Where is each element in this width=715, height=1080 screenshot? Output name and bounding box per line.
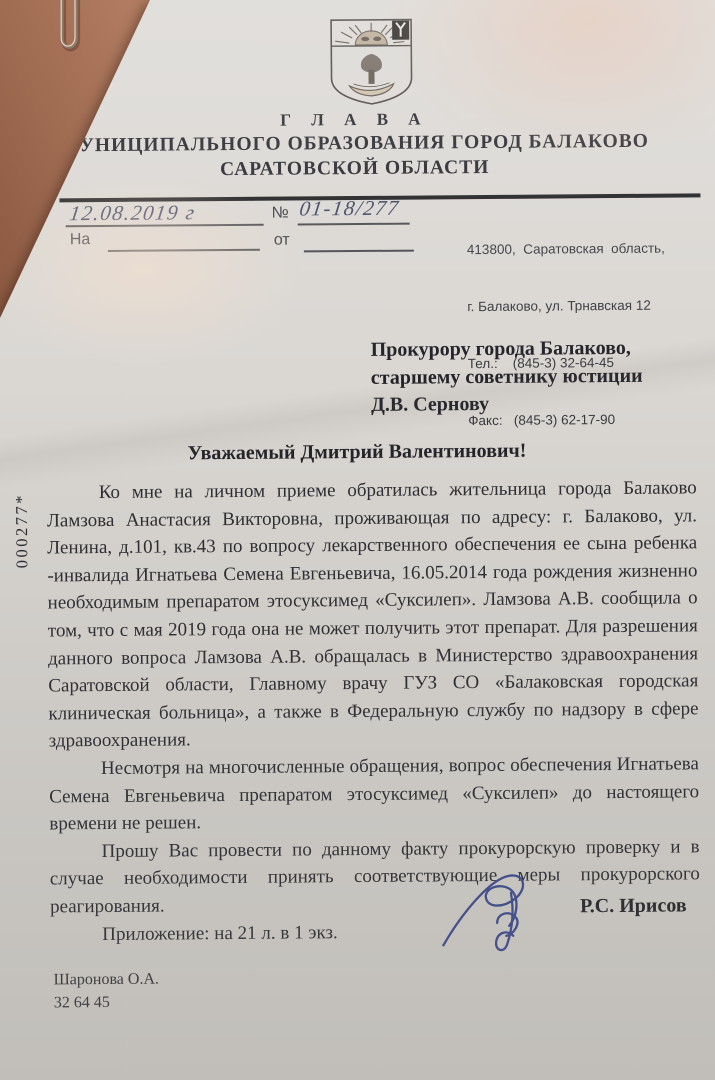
- org-title-line2: МУНИЦИПАЛЬНОГО ОБРАЗОВАНИЯ ГОРОД БАЛАКОВ…: [0, 130, 712, 158]
- na-label: На: [70, 231, 91, 249]
- executor-phone: 32 64 45: [54, 991, 160, 1015]
- address-line: 413800, Саратовская область,: [467, 239, 665, 260]
- letter-body: Ко мне на личном приеме обратилась жител…: [47, 474, 701, 948]
- ot-label: от: [274, 232, 290, 250]
- vertical-registration-number: 000277*: [11, 456, 32, 606]
- date-underline: [66, 224, 264, 227]
- body-paragraph-1: Ко мне на личном приеме обратилась жител…: [47, 474, 699, 755]
- signatory-name: Р.С. Ирисов: [580, 894, 687, 918]
- recipient-line: старшему советнику юстиции: [371, 362, 643, 392]
- org-title-line3: САРАТОВСКОЙ ОБЛАСТИ: [0, 155, 712, 183]
- org-title-line1: Г Л А В А: [0, 107, 712, 133]
- letter-content: Г Л А В А МУНИЦИПАЛЬНОГО ОБРАЗОВАНИЯ ГОР…: [0, 0, 715, 1080]
- handwritten-number: 01-18/277: [298, 196, 401, 222]
- balakovo-coat-of-arms-icon: [319, 13, 424, 108]
- recipient-name: Д.В. Сернову: [371, 390, 643, 420]
- recipient-line: Прокурору города Балаково,: [371, 335, 643, 365]
- letter-paper: Г Л А В А МУНИЦИПАЛЬНОГО ОБРАЗОВАНИЯ ГОР…: [0, 0, 715, 1080]
- handwritten-date: 12.08.2019 г: [68, 200, 197, 226]
- address-line: г. Балаково, ул. Трнавская 12: [467, 296, 665, 317]
- number-underline: [298, 223, 410, 225]
- recipient-block: Прокурору города Балаково, старшему сове…: [371, 335, 643, 420]
- number-label: №: [272, 205, 289, 223]
- na-underline: [108, 249, 260, 252]
- photo-scene: Г Л А В А МУНИЦИПАЛЬНОГО ОБРАЗОВАНИЯ ГОР…: [0, 0, 715, 1080]
- paperclip-icon: [50, 0, 84, 64]
- body-paragraph-2: Несмотря на многочисленные обращения, во…: [49, 750, 700, 838]
- signature-scribble: [435, 864, 571, 957]
- executor-block: Шаронова О.А. 32 64 45: [54, 968, 160, 1015]
- attachment-line: Приложение: на 21 л. в 1 экз.: [50, 916, 700, 949]
- ot-underline: [304, 250, 414, 252]
- executor-name: Шаронова О.А.: [54, 968, 160, 992]
